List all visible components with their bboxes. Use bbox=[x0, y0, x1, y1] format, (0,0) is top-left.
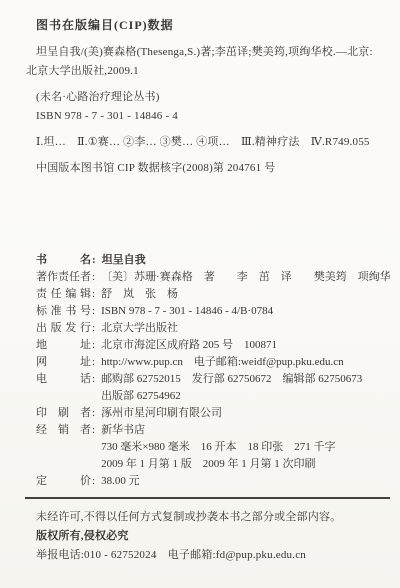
field-colon: : bbox=[92, 303, 95, 320]
field-label: 标准书号 bbox=[36, 303, 91, 320]
field-label: 地址 bbox=[36, 337, 91, 354]
notices-section: 未经许可,不得以任何方式复制或抄袭本书之部分或全部内容。 版权所有,侵权必究 举… bbox=[36, 508, 390, 565]
field-colon: : bbox=[92, 354, 95, 371]
field-label: 著作责任者 bbox=[36, 269, 91, 286]
field-colon: : bbox=[92, 473, 95, 490]
field-colon: : bbox=[92, 371, 95, 388]
field-label: 印刷者 bbox=[36, 405, 91, 422]
field-colon: : bbox=[92, 405, 95, 422]
colophon-row-title: 书名:坦呈自我 bbox=[36, 252, 390, 269]
colophon-row-website: 网址:http://www.pup.cn 电子邮箱:weidf@pup.pku.… bbox=[36, 354, 390, 371]
field-value: http://www.pup.cn 电子邮箱:weidf@pup.pku.edu… bbox=[101, 356, 344, 368]
field-value: 邮购部 62752015 发行部 62750672 编辑部 62750673 bbox=[101, 373, 362, 385]
field-colon: : bbox=[92, 286, 95, 303]
field-label: 定价 bbox=[36, 473, 91, 490]
field-value: 730 毫米×980 毫米 16 开本 18 印张 271 千字 bbox=[101, 441, 335, 453]
field-label: 责任编辑 bbox=[36, 286, 91, 303]
colophon-row-edition: :2009 年 1 月第 1 版 2009 年 1 月第 1 次印刷 bbox=[36, 456, 390, 473]
colophon-row-address: 地址:北京市海淀区成府路 205 号 100871 bbox=[36, 337, 390, 354]
cip-classification-line: Ⅰ.坦… Ⅱ.①赛… ②李… ③樊… ④项… Ⅲ.精神疗法 Ⅳ.R749.055 bbox=[36, 133, 390, 152]
field-label: 书名 bbox=[36, 252, 91, 269]
colophon-row-phone: 电话:邮购部 62752015 发行部 62750672 编辑部 6275067… bbox=[36, 371, 390, 388]
colophon-row-authors: 著作责任者:〔美〕苏珊·赛森格 著 李 茁 译 樊美筠 项绚华 校 bbox=[36, 269, 390, 286]
cip-section: 图书在版编目(CIP)数据 坦呈自我/(美)赛森格(Thesenga,S.)著;… bbox=[36, 18, 390, 178]
cip-series-line: (未名·心路治疗理论丛书) bbox=[36, 88, 390, 107]
field-value: 2009 年 1 月第 1 版 2009 年 1 月第 1 次印刷 bbox=[101, 458, 316, 470]
field-value: 舒 岚 张 杨 bbox=[101, 288, 178, 300]
field-colon: : bbox=[92, 337, 95, 354]
cip-record-line: 中国版本图书馆 CIP 数据核字(2008)第 204761 号 bbox=[36, 159, 390, 178]
report-contact-line: 举报电话:010 - 62752024 电子邮箱:fd@pup.pku.edu.… bbox=[36, 546, 390, 565]
colophon-row-distributor: 经销者:新华书店 bbox=[36, 422, 390, 439]
field-value: 出版部 62754962 bbox=[101, 390, 181, 402]
permission-notice: 未经许可,不得以任何方式复制或抄袭本书之部分或全部内容。 bbox=[36, 508, 390, 527]
divider-rule bbox=[25, 497, 390, 499]
colophon-row-editor: 责任编辑:舒 岚 张 杨 bbox=[36, 286, 390, 303]
cip-heading: 图书在版编目(CIP)数据 bbox=[36, 18, 390, 32]
cip-isbn-line: ISBN 978 - 7 - 301 - 14846 - 4 bbox=[36, 107, 390, 126]
colophon-row-price: 定价:38.00 元 bbox=[36, 473, 390, 490]
field-label: 电话 bbox=[36, 371, 91, 388]
field-colon: : bbox=[92, 269, 95, 286]
field-value: 新华书店 bbox=[101, 424, 145, 436]
field-colon: : bbox=[92, 320, 95, 337]
colophon-row-printer: 印刷者:涿州市星河印刷有限公司 bbox=[36, 405, 390, 422]
field-value: 〔美〕苏珊·赛森格 著 李 茁 译 樊美筠 项绚华 校 bbox=[101, 271, 400, 283]
cip-publisher-line: 北京大学出版社,2009.1 bbox=[26, 62, 390, 81]
field-value: 38.00 元 bbox=[101, 475, 140, 487]
cip-title-line: 坦呈自我/(美)赛森格(Thesenga,S.)著;李茁译;樊美筠,项绚华校.—… bbox=[36, 43, 390, 62]
colophon-row-format: :730 毫米×980 毫米 16 开本 18 印张 271 千字 bbox=[36, 439, 390, 456]
copyright-page: 图书在版编目(CIP)数据 坦呈自我/(美)赛森格(Thesenga,S.)著;… bbox=[0, 0, 400, 588]
copyright-notice: 版权所有,侵权必究 bbox=[36, 527, 390, 546]
field-value: 坦呈自我 bbox=[102, 254, 146, 266]
field-colon: : bbox=[92, 422, 95, 439]
field-label: 网址 bbox=[36, 354, 91, 371]
colophon-row-publisher: 出版发行:北京大学出版社 bbox=[36, 320, 390, 337]
colophon-row-phone-cont: :出版部 62754962 bbox=[36, 388, 390, 405]
field-value: 北京大学出版社 bbox=[101, 322, 178, 334]
colophon-row-isbn: 标准书号:ISBN 978 - 7 - 301 - 14846 - 4/B·07… bbox=[36, 303, 390, 320]
field-label: 经销者 bbox=[36, 422, 91, 439]
field-label: 出版发行 bbox=[36, 320, 91, 337]
field-value: 涿州市星河印刷有限公司 bbox=[101, 407, 222, 419]
field-value: 北京市海淀区成府路 205 号 100871 bbox=[101, 339, 277, 351]
colophon-section: 书名:坦呈自我 著作责任者:〔美〕苏珊·赛森格 著 李 茁 译 樊美筠 项绚华 … bbox=[36, 252, 390, 490]
field-colon: : bbox=[92, 252, 96, 269]
field-value: ISBN 978 - 7 - 301 - 14846 - 4/B·0784 bbox=[101, 305, 273, 317]
